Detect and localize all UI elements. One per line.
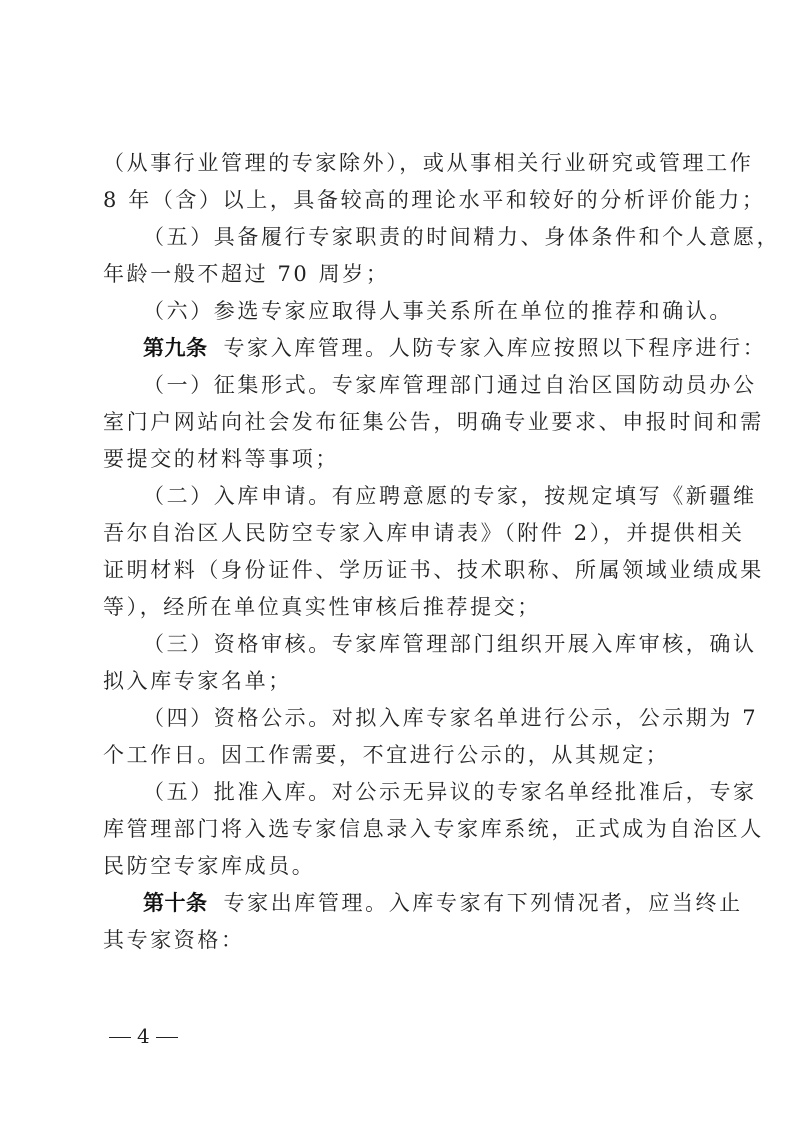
- line-text: 吾尔自治区人民防空专家入库申请表》（附件 2），并提供相关: [103, 521, 744, 545]
- line-text: 要提交的材料等事项；: [103, 447, 339, 471]
- text-line-17: 个工作日。因工作需要，不宜进行公示的，从其规定；: [103, 737, 693, 774]
- article-9-item-4: （四）资格公示。对拟入库专家名单进行公示，公示期为 7: [103, 700, 693, 737]
- text-line-19: 库管理部门将入选专家信息录入专家库系统，正式成为自治区人: [103, 811, 693, 848]
- line-text: 库管理部门将入选专家信息录入专家库系统，正式成为自治区人: [103, 817, 764, 841]
- article-9-item-1: （一）征集形式。专家库管理部门通过自治区国防动员办公: [103, 367, 693, 404]
- line-text: 证明材料（身份证件、学历证书、技术职称、所属领域业绩成果: [103, 558, 764, 582]
- article-10: 第十条专家出库管理。入库专家有下列情况者，应当终止: [103, 885, 693, 922]
- text-line-4: 年龄一般不超过 70 周岁；: [103, 256, 693, 293]
- article-9-item-3: （三）资格审核。专家库管理部门组织开展入库审核，确认: [103, 626, 693, 663]
- article-9: 第九条专家入库管理。人防专家入库应按照以下程序进行：: [103, 330, 693, 367]
- line-text: 专家入库管理。人防专家入库应按照以下程序进行：: [224, 336, 767, 360]
- dash-left: [109, 1037, 131, 1038]
- line-text: （五）具备履行专家职责的时间精力、身体条件和个人意愿，: [143, 225, 780, 249]
- line-text: （三）资格审核。专家库管理部门组织开展入库审核，确认: [143, 632, 757, 656]
- clause-5: （五）具备履行专家职责的时间精力、身体条件和个人意愿，: [103, 219, 693, 256]
- page-number: 4: [137, 1024, 150, 1048]
- text-line-13: 等），经所在单位真实性审核后推荐提交；: [103, 589, 693, 626]
- line-text: 等），经所在单位真实性审核后推荐提交；: [103, 595, 541, 619]
- text-line-1: （从事行业管理的专家除外），或从事相关行业研究或管理工作: [103, 145, 693, 182]
- clause-6: （六）参选专家应取得人事关系所在单位的推荐和确认。: [103, 293, 693, 330]
- text-line-15: 拟入库专家名单；: [103, 663, 693, 700]
- text-line-2: 8 年（含）以上，具备较高的理论水平和较好的分析评价能力；: [103, 182, 693, 219]
- text-line-20: 民防空专家库成员。: [103, 848, 693, 885]
- line-text: 室门户网站向社会发布征集公告，明确专业要求、申报时间和需: [103, 410, 764, 434]
- line-text: 个工作日。因工作需要，不宜进行公示的，从其规定；: [103, 743, 669, 767]
- text-line-8: 室门户网站向社会发布征集公告，明确专业要求、申报时间和需: [103, 404, 693, 441]
- text-line-11: 吾尔自治区人民防空专家入库申请表》（附件 2），并提供相关: [103, 515, 693, 552]
- line-text: （一）征集形式。专家库管理部门通过自治区国防动员办公: [143, 373, 757, 397]
- article-9-item-2: （二）入库申请。有应聘意愿的专家，按规定填写《新疆维: [103, 478, 693, 515]
- text-line-22: 其专家资格：: [103, 922, 693, 959]
- line-text: 专家出库管理。入库专家有下列情况者，应当终止: [224, 891, 743, 915]
- line-text: 8 年（含）以上，具备较高的理论水平和较好的分析评价能力；: [103, 188, 765, 212]
- line-text: 民防空专家库成员。: [103, 854, 315, 878]
- line-text: 拟入库专家名单；: [103, 669, 292, 693]
- document-page: （从事行业管理的专家除外），或从事相关行业研究或管理工作 8 年（含）以上，具备…: [103, 145, 693, 959]
- article-heading: 第十条: [143, 891, 208, 915]
- text-line-12: 证明材料（身份证件、学历证书、技术职称、所属领域业绩成果: [103, 552, 693, 589]
- line-text: （四）资格公示。对拟入库专家名单进行公示，公示期为 7: [143, 706, 758, 730]
- line-text: 其专家资格：: [103, 928, 245, 952]
- page-footer: 4: [103, 1022, 184, 1050]
- line-text: （六）参选专家应取得人事关系所在单位的推荐和确认。: [143, 299, 733, 323]
- line-text: （五）批准入库。对公示无异议的专家名单经批准后，专家: [143, 780, 757, 804]
- line-text: （从事行业管理的专家除外），或从事相关行业研究或管理工作: [103, 151, 753, 175]
- line-text: 年龄一般不超过 70 周岁；: [103, 262, 389, 286]
- line-text: （二）入库申请。有应聘意愿的专家，按规定填写《新疆维: [143, 484, 757, 508]
- article-heading: 第九条: [143, 336, 208, 360]
- article-9-item-5: （五）批准入库。对公示无异议的专家名单经批准后，专家: [103, 774, 693, 811]
- text-line-9: 要提交的材料等事项；: [103, 441, 693, 478]
- dash-right: [156, 1037, 178, 1038]
